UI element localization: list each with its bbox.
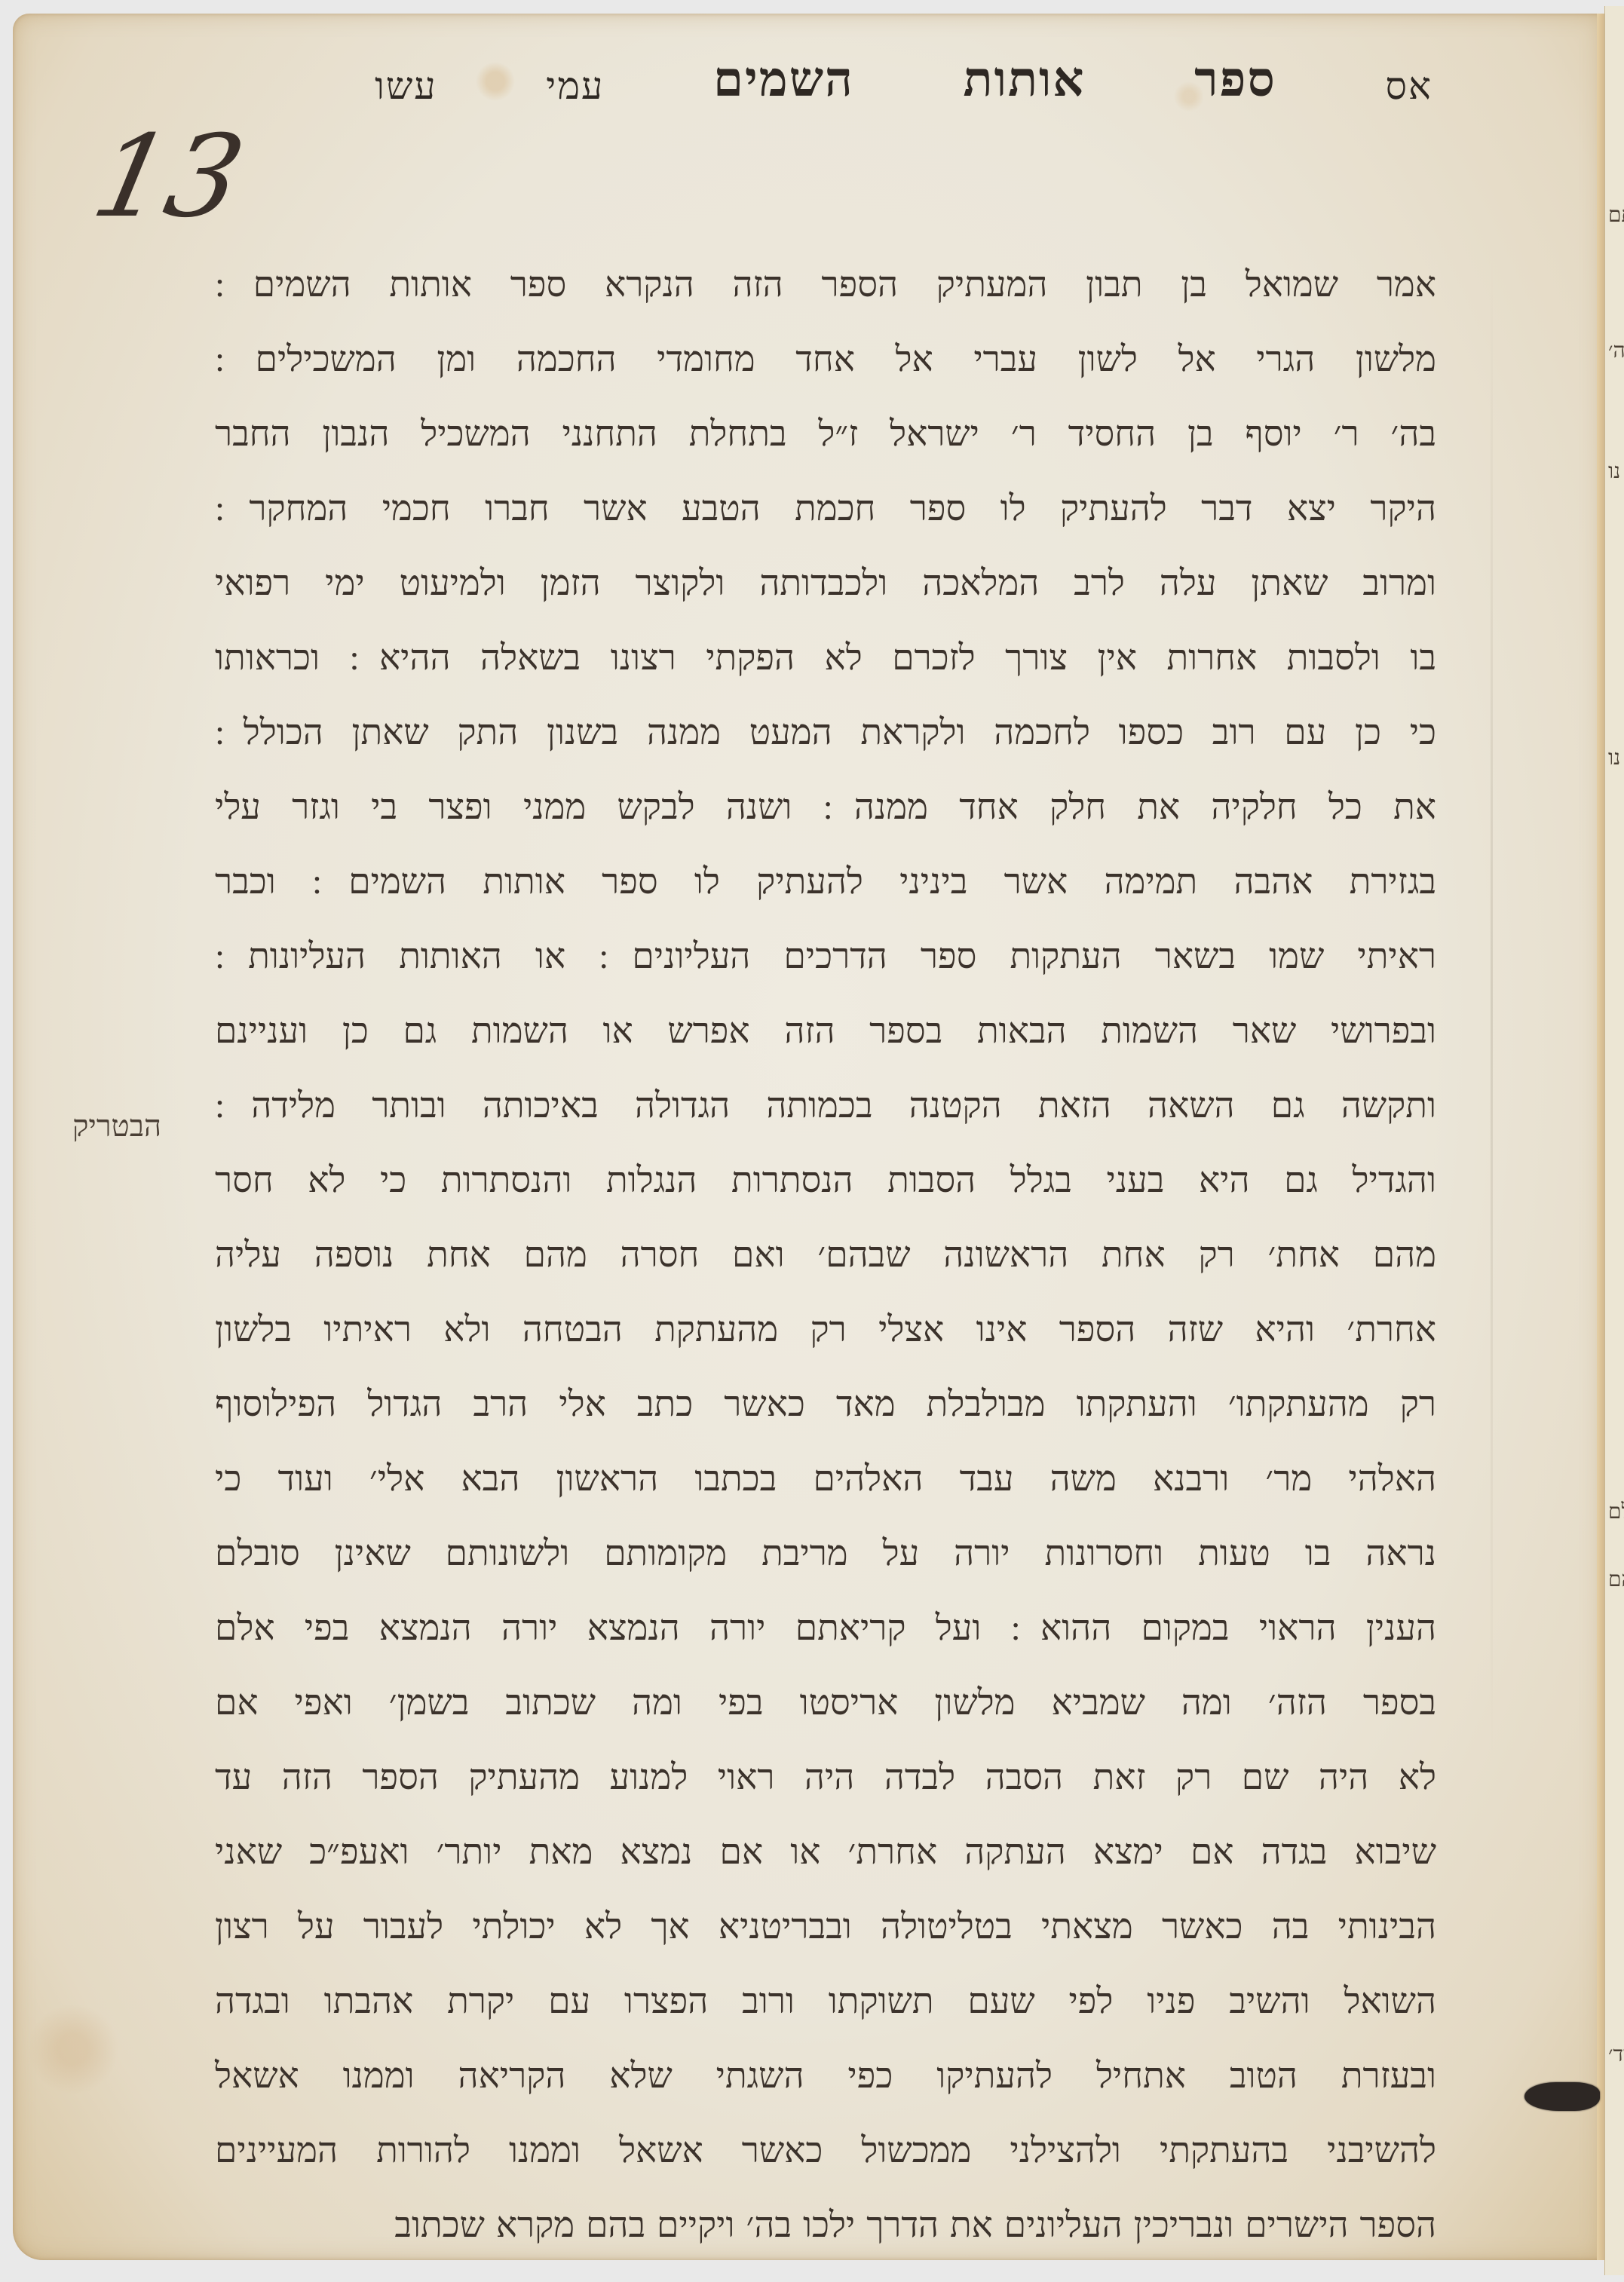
text-line-19: הענין הראוי במקום ההוא ׃ ועל קריאתם יורה… [215,1591,1436,1665]
text-line-13: והגדיל גם היא בעני בגלל הסבות הנסתרות הנ… [215,1143,1436,1218]
main-text-block: אמר שמואל בן תבון המעתיק הספר הזה הנקרא … [215,247,1436,2262]
adjacent-fragment: נו [1608,458,1620,484]
text-line-25: ובעזרת הטוב אתחיל להעתיקו כפי השגתי שלא … [215,2038,1436,2113]
page-crease [1491,255,1493,1763]
text-line-26: להשיבני בהעתקתי ולהצילני ממכשול כאשר אשא… [215,2113,1436,2188]
margin-gloss: הבטריק [72,1108,161,1144]
text-line-22: שיבוא בגדה אם ימצא העתקה אחרת׳ או אם נמצ… [215,1815,1436,1889]
title-word-6: עשו [375,64,437,108]
text-line-23: הבינותי בה כאשר מצאתי בטליטולה ובבריטניא… [215,1889,1436,1964]
adjacent-fragment: ה׳ [1608,338,1624,363]
text-line-9: בגזירת אהבה תמימה אשר ביניני להעתיק לו ס… [215,844,1436,919]
text-line-12: ותקשה גם השאה הזאת הקטנה בכמותה הגדולה ב… [215,1068,1436,1143]
adjacent-fragment: תם [1608,202,1624,228]
adjacent-fragment: לם [1608,1499,1624,1524]
text-line-17: האלהי מר׳ ורבנא משה עבד האלהים בכתבו הרא… [215,1441,1436,1516]
text-line-24: השואל והשיב פניו לפי שעם תשוקתו ורוב הפצ… [215,1964,1436,2038]
text-line-6: בו ולסבות אחרות אין צורך לזכרם לא הפקתי … [215,620,1436,695]
title-word-4: השמים [713,51,854,108]
text-line-21: לא היה שם רק זאת הסבה לבדה היה ראוי למנו… [215,1740,1436,1815]
text-line-10: ראיתי שמו בשאר העתקות ספר הדרכים העליוני… [215,919,1436,994]
text-line-20: בספר הזה׳ ומה שמביא מלשון אריסטו בפי ומה… [215,1665,1436,1740]
title-word-5: עמי [546,64,604,108]
title-line: אס ספר אותות השמים עמי עשו [375,51,1432,108]
text-line-8: את כל חלקיה את חלק אחד ממנה ׃ ושנה לבקש … [215,770,1436,844]
text-line-15: אחרת׳ והיא שזה הספר אינו אצלי רק מהעתקת … [215,1292,1436,1367]
title-word-2: ספר [1194,51,1276,108]
text-line-7: כי כן עם רוב כספו לחכמה ולקראת המעט ממנה… [215,695,1436,770]
text-line-11: ובפרושי שאר השמות הבאות בספר הזה אפרש או… [215,994,1436,1068]
title-word-3: אותות [964,51,1086,108]
text-line-4: היקר יצא דבר להעתיק לו ספר חכמת הטבע אשר… [215,471,1436,546]
text-line-3: בה׳ ר׳ יוסף בן החסיד ר׳ ישראל ז״ל בתחלת … [215,397,1436,471]
adjacent-fragment: נו [1608,745,1620,770]
title-word-1: אס [1386,64,1432,108]
text-line-16: רק מהעתקתו׳ והעתקתו מבולבלת מאד כאשר כתב… [215,1367,1436,1441]
text-line-2: מלשון הגרי אל לשון עברי אל אחד מחומדי הח… [215,322,1436,397]
text-line-5: ומרוב שאתן עלה לרב המלאכה ולכבדותה ולקוצ… [215,546,1436,620]
text-line-18: נראה בו טעות וחסרונות יורה על מריבת מקומ… [215,1516,1436,1591]
text-line-14: מהם אחת׳ רק אחת הראשונה שבהם׳ ואם חסרה מ… [215,1218,1436,1292]
adjacent-fragment: יד׳ [1608,2042,1624,2067]
adjacent-page-edge: תם ה׳ נו נו לם הם יד׳ [1604,6,1624,2275]
text-line-1: אמר שמואל בן תבון המעתיק הספר הזה הנקרא … [215,247,1436,322]
folio-number: 13 [84,121,253,234]
text-line-27: הספר הישרים ונבריכין העליונים את הדרך יל… [215,2188,1436,2262]
ink-blot [1524,2082,1600,2111]
adjacent-fragment: הם [1608,1567,1624,1592]
